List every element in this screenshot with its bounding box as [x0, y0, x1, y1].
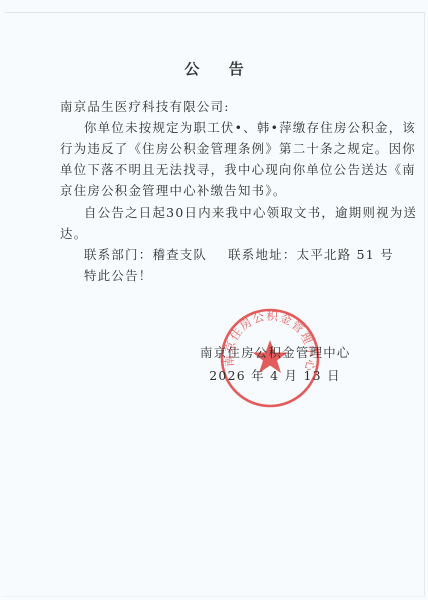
page-edge-top — [4, 12, 424, 13]
contact-line: 联系部门：稽查支队 联系地址：太平北路 51 号 — [84, 248, 394, 262]
body-line-4: 京住房公积金管理中心补缴告知书》。 — [60, 184, 287, 198]
page-edge-bottom — [4, 596, 425, 597]
body-line-2: 行为违反了《住房公积金管理条例》第二十条之规定。因你 — [60, 142, 416, 156]
page-edge-right — [424, 12, 425, 596]
addressee: 南京品生医疗科技有限公司: — [60, 100, 230, 114]
body-line-1: 你单位未按规定为职工伏•、韩•萍缴存住房公积金，该 — [84, 121, 416, 135]
body-line-3: 单位下落不明且无法找寻，我中心现向你单位公告送达《南 — [60, 163, 416, 177]
body-line-6: 达。 — [60, 227, 87, 241]
closing-line: 特此公告！ — [84, 269, 152, 283]
notice-title: 公 告 — [0, 58, 428, 79]
signature-org: 南京住房公积金管理中心 — [200, 343, 350, 361]
signature-date: 2026 年 4 月 13 日 — [200, 366, 350, 384]
body-line-5: 自公告之日起30日内来我中心领取文书，逾期则视为送 — [84, 206, 417, 220]
